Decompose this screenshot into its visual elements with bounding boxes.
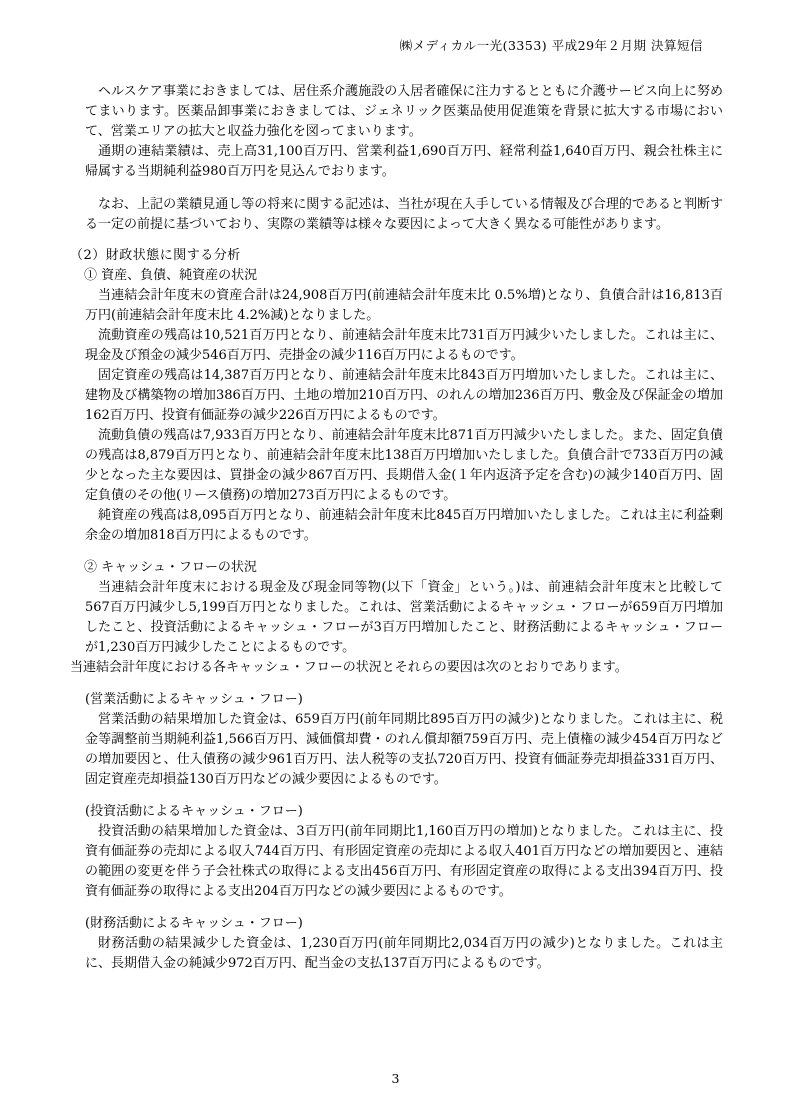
paragraph-liabilities: 流動負債の残高は7,933百万円となり、前連結会計年度末比871百万円減少いたし… — [85, 426, 723, 506]
assets-liabilities-equity-body: 当連結会計年度末の資産合計は24,908百万円(前連結会計年度末比 0.5%増)… — [85, 286, 723, 546]
paragraph-current-assets: 流動資産の残高は10,521百万円となり、前連結会計年度末比731百万円減少いた… — [85, 326, 723, 366]
operating-cash-flow-block: (営業活動によるキャッシュ・フロー) 営業活動の結果増加した資金は、659百万円… — [85, 690, 723, 790]
financing-cash-flow-label: (財務活動によるキャッシュ・フロー) — [85, 914, 723, 934]
intro-section: ヘルスケア事業におきましては、居住系介護施設の入居者確保に注力するとともに介護サ… — [85, 82, 723, 235]
document-header-title: ㈱メディカル一光(3353) 平成29年２月期 決算短信 — [400, 38, 703, 53]
document-page: ㈱メディカル一光(3353) 平成29年２月期 決算短信 ヘルスケア事業におきま… — [0, 0, 791, 1119]
investing-cash-flow-paragraph: 投資活動の結果増加した資金は、3百万円(前年同期比1,160百万円の増加)となり… — [85, 822, 723, 902]
document-header: ㈱メディカル一光(3353) 平成29年２月期 決算短信 — [0, 0, 791, 56]
investing-cash-flow-label: (投資活動によるキャッシュ・フロー) — [85, 802, 723, 822]
financing-cash-flow-paragraph: 財務活動の結果減少した資金は、1,230百万円(前年同期比2,034百万円の減少… — [85, 934, 723, 974]
paragraph-healthcare-outlook: ヘルスケア事業におきましては、居住系介護施設の入居者確保に注力するとともに介護サ… — [85, 82, 723, 142]
financing-cash-flow-block: (財務活動によるキャッシュ・フロー) 財務活動の結果減少した資金は、1,230百… — [85, 914, 723, 974]
operating-cash-flow-paragraph: 営業活動の結果増加した資金は、659百万円(前年同期比895百万円の減少)となり… — [85, 710, 723, 790]
section-heading-financial-position-analysis: （2）財政状態に関する分析 — [70, 246, 723, 266]
paragraph-cash-equivalents: 当連結会計年度末における現金及び現金同等物(以下「資金」という。)は、前連結会計… — [85, 578, 723, 658]
paragraph-net-assets: 純資産の残高は8,095百万円となり、前連結会計年度末比845百万円増加いたしま… — [85, 506, 723, 546]
paragraph-full-year-forecast: 通期の連結業績は、売上高31,100百万円、営業利益1,690百万円、経常利益1… — [85, 142, 723, 182]
cash-flow-note: 当連結会計年度における各キャッシュ・フローの状況とそれらの要因は次のとおりであり… — [70, 658, 723, 678]
operating-cash-flow-label: (営業活動によるキャッシュ・フロー) — [85, 690, 723, 710]
subsection-heading-cash-flow-status: ② キャッシュ・フローの状況 — [84, 558, 723, 578]
paragraph-total-assets: 当連結会計年度末の資産合計は24,908百万円(前連結会計年度末比 0.5%増)… — [85, 286, 723, 326]
paragraph-forward-looking-disclaimer: なお、上記の業績見通し等の将来に関する記述は、当社が現在入手している情報及び合理… — [85, 195, 723, 235]
document-body: ヘルスケア事業におきましては、居住系介護施設の入居者確保に注力するとともに介護サ… — [0, 82, 791, 974]
investing-cash-flow-block: (投資活動によるキャッシュ・フロー) 投資活動の結果増加した資金は、3百万円(前… — [85, 802, 723, 902]
subsection-heading-assets-liabilities-equity: ① 資産、負債、純資産の状況 — [84, 266, 723, 286]
cash-flow-status-body: 当連結会計年度末における現金及び現金同等物(以下「資金」という。)は、前連結会計… — [85, 578, 723, 658]
paragraph-fixed-assets: 固定資産の残高は14,387百万円となり、前連結会計年度末比843百万円増加いた… — [85, 366, 723, 426]
page-number: 3 — [0, 1069, 791, 1089]
